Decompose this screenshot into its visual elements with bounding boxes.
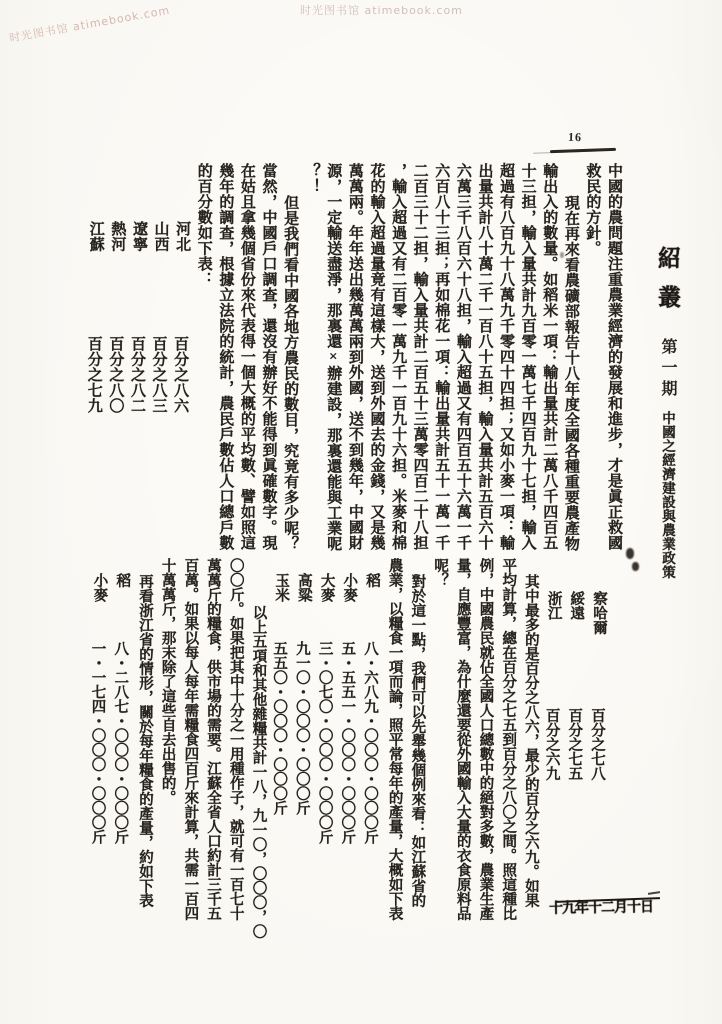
text-column: 其中最多的是百分之八六，最少的百分之六九。如果 [519,558,542,920]
grain-amount: 五・五五一・〇〇〇・〇〇〇斤 [336,641,359,844]
text-column: 農業，以糧食一項而論，照平常每年的產量，大概如下表 [383,558,406,920]
text-column: 呢？ [428,558,451,920]
grain-name: 玉米 [273,573,289,602]
watermark-top-center: 时光图书馆 atimebook.com [300,2,463,18]
table-row-wheat-zhejiang: 小麥一・一七四・〇〇〇・〇〇〇斤 [88,558,111,920]
text-column: 二百三十二担，輸入量共計二百五十三萬零四百二十八担 [408,163,430,561]
text-column: 超過有八百九十八萬九千零四十四担；又如小麥一項：輸 [494,163,516,561]
ink-blob [560,252,564,258]
text-column: 出量共計八十萬二千一百八十五担，輸入量共計五百六十 [473,163,495,561]
province-name: 綏遠 [568,591,584,620]
table-row-zhejiang: 浙江百分之六九 [542,558,565,920]
province-name: 山西 [153,221,169,252]
text-column: 但是我們看中國各地方農民的數目，究竟有多少呢？ [279,163,301,561]
text-column: 在姑且拿幾個省份來代表得一個大概的平均數、譬如照這 [235,163,257,561]
table-row-rehe: 熱河百分之八〇 [106,163,128,561]
province-percentage: 百分之八二 [125,336,147,414]
table-row-chahaer: 察哈爾百分之七八 [587,558,610,920]
stamp-tick-mark [648,891,660,895]
grain-name: 高粱 [296,573,312,602]
text-column: 現在再來看農礦部報告十八年度全國各種重要農產物 [559,163,581,561]
text-column: 源，一定輸送盡淨，那裏還×辦建設，那裏還能與工業呢 [322,163,344,561]
text-column: 的百分數如下表： [192,163,214,561]
text-column: 十萬萬斤，那末除了這些自去出售的。 [156,558,179,920]
watermark-top-left: 时光图书馆 atimebook.com [8,2,171,46]
text-column: 對於這一點，我們可以先舉幾個例來看：如江蘇省的 [406,558,429,920]
province-name: 察哈爾 [591,591,607,635]
grain-name: 小麥 [341,573,357,602]
province-percentage: 百分之六九 [540,708,563,781]
text-column: 幾年的調查，根據立法院的統計，農民戶數佔人口總戶數 [214,163,236,561]
table-row-rice-zhejiang: 稻八・二八七・〇〇〇・〇〇〇斤 [111,558,134,920]
grain-amount: 五五〇・〇〇〇・〇〇〇斤 [267,641,290,815]
text-column: 六百八十三担；再如棉花一項：輸出量共計五十一萬一千 [430,163,452,561]
grain-name: 稻 [114,573,130,588]
ink-blob [632,562,639,571]
text-column: 當然，中國戶口調查，還沒有辦好不能得到眞確數字。現 [257,163,279,561]
table-row-corn: 玉米五五〇・〇〇〇・〇〇〇斤 [269,558,292,920]
text-column: 例，中國農民就佔全國人口總數中的絕對多數，農業生產 [474,558,497,920]
grain-amount: 九一〇・〇〇〇・〇〇〇斤 [290,641,313,815]
issue-label: 第一期 [659,338,676,401]
text-column: 萬萬斤的糧食，供市場的需要。江蘇全省人口約計三千五 [201,558,224,920]
text-column: ？！ [300,163,322,561]
article-title: 中國之經濟建設與農業政策 [660,411,675,579]
table-row-wheat: 小麥五・五五一・〇〇〇・〇〇〇斤 [338,558,361,920]
province-percentage: 百分之八三 [147,336,169,414]
text-column: 萬萬兩。年年送出幾萬萬兩到外國，送不到幾年，中國財 [343,163,365,561]
grain-name: 大麥 [319,573,335,602]
text-column: 花的輸入超過量竟有這樣大，送到外國去的金錢，又是幾 [365,163,387,561]
province-name: 熱河 [109,221,125,252]
text-column: ，輸入超過又有二百零一萬九千一百九十六担。米麥和棉 [386,163,408,561]
text-column: 十三担，輸入量共計九百零一萬七千四百九十七担，輸入 [516,163,538,561]
table-row-shanxi: 山西百分之八三 [149,163,171,561]
text-column: 再看浙江省的情形，關於每年糧食的產量，約如下表 [133,558,156,920]
province-name: 浙江 [546,591,562,620]
text-column: 平均計算，總在百分之七五到百分之八〇之間。照這種比 [496,558,519,920]
text-column: 六萬三千八百六十八担，輸入超過又有四百五十六萬一千 [451,163,473,561]
province-name: 河北 [174,221,190,252]
upper-text-register: 中國的農問題注重農業經濟的發展和進步，才是眞正救國 救民的方針。 現在再來看農礦… [84,163,624,561]
province-percentage: 百分之七五 [563,708,586,781]
table-row-jiangsu: 江蘇百分之七九 [84,163,106,561]
scanned-journal-page: 时光图书馆 atimebook.com 时光图书馆 atimebook.com … [0,0,722,1024]
text-column: 以上五項和其他雜糧共計一八，九一〇，〇〇〇，〇 [247,558,270,920]
table-row-hebei: 河北百分之八六 [171,163,193,561]
province-percentage: 百分之七九 [82,336,104,414]
text-column: 中國的農問題注重農業經濟的發展和進步，才是眞正救國 [602,163,624,561]
text-column: 百萬。如果以每人每年需糧食四百斤來計算，共需一百四 [179,558,202,920]
lower-text-register: 察哈爾百分之七八 綏遠百分之七五 浙江百分之六九 其中最多的是百分之八六，最少的… [88,558,610,920]
masthead: 紹叢第一期中國之經濟建設與農業政策 [645,246,687,586]
page-number-underline [550,148,616,153]
journal-name: 紹叢 [655,246,680,324]
ink-blob [626,548,634,559]
grain-amount: 八・六八九・〇〇〇・〇〇〇斤 [358,641,381,844]
province-percentage: 百分之七八 [585,708,608,781]
grain-name: 小麥 [92,573,108,602]
table-row-suiyuan: 綏遠百分之七五 [565,558,588,920]
text-column: 量，自應豐富，為什麼還要從外國輸入大量的衣食原料品 [451,558,474,920]
text-column: 救民的方針。 [581,163,603,561]
province-percentage: 百分之八〇 [104,336,126,414]
province-percentage: 百分之八六 [169,336,191,414]
table-row-sorghum: 高粱九一〇・〇〇〇・〇〇〇斤 [292,558,315,920]
table-row-barley: 大麥三・〇七〇・〇〇〇・〇〇〇斤 [315,558,338,920]
text-column: 輸出入的數量。如稻米一項：輸出量共計二萬八千四百五 [538,163,560,561]
province-name: 遼寧 [131,221,147,252]
grain-amount: 一・一七四・〇〇〇・〇〇〇斤 [86,641,109,844]
page-number: 16 [568,130,583,145]
table-row-rice: 稻八・六八九・〇〇〇・〇〇〇斤 [360,558,383,920]
grain-name: 稻 [364,573,380,588]
grain-amount: 三・〇七〇・〇〇〇・〇〇〇斤 [313,641,336,844]
table-row-liaoning: 遼寧百分之八二 [127,163,149,561]
text-column: 〇〇斤。如果把其中十分之一用種作子，就可有一百七十 [224,558,247,920]
grain-amount: 八・二八七・〇〇〇・〇〇〇斤 [109,641,132,844]
province-name: 江蘇 [88,221,104,252]
